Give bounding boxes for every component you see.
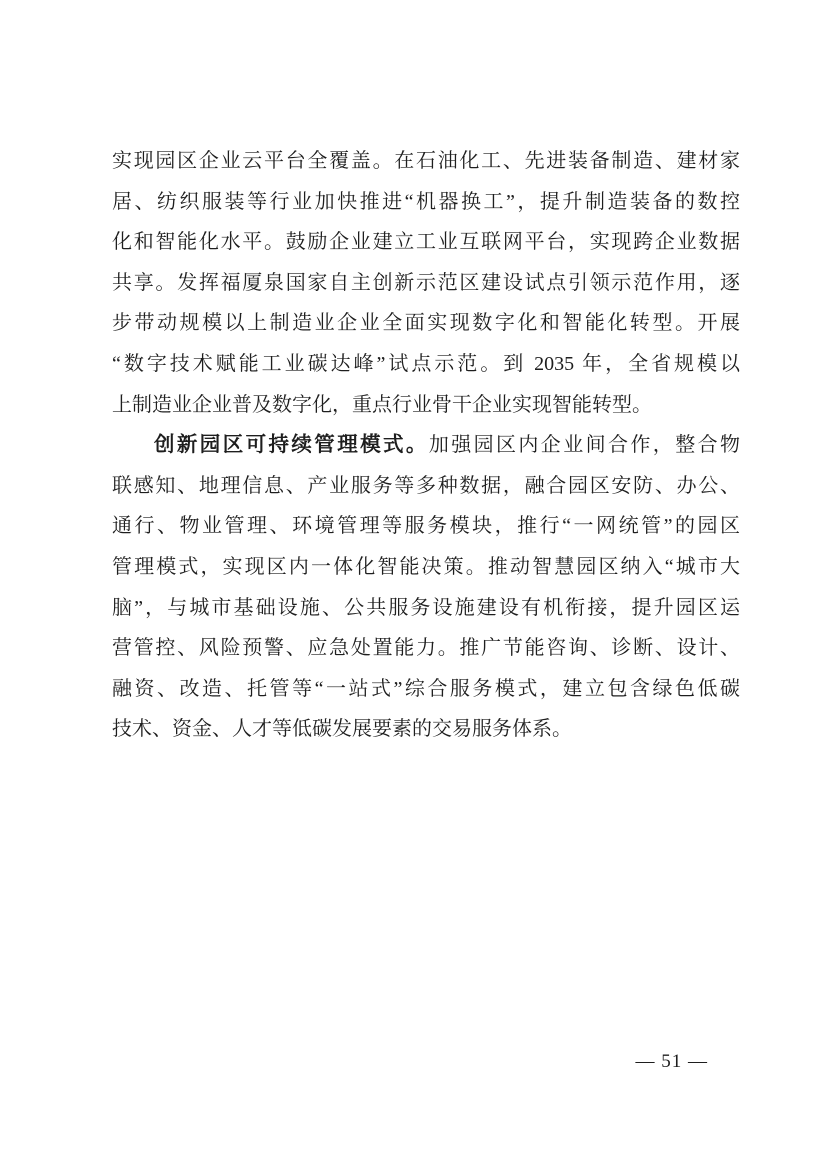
paragraph2-line: 融资、改造、托管等“一站式”综合服务模式，建立包含绿色低碳 (112, 669, 740, 710)
paragraph1-last-line: 上制造业企业普及数字化，重点行业骨干企业实现智能转型。 (112, 385, 740, 426)
body-text: 实现园区企业云平台全覆盖。在石油化工、先进装备制造、建材家 居、纺织服装等行业加… (112, 141, 740, 750)
page-number: — 51 — (636, 1050, 709, 1074)
paragraph1-line: 实现园区企业云平台全覆盖。在石油化工、先进装备制造、建材家 (112, 141, 740, 182)
paragraph1-line: 共享。发挥福厦泉国家自主创新示范区建设试点引领示范作用，逐 (112, 263, 740, 304)
paragraph2-heading: 创新园区可持续管理模式。 (154, 433, 429, 456)
paragraph1-line: 步带动规模以上制造业企业全面实现数字化和智能化转型。开展 (112, 303, 740, 344)
paragraph2-line: 管理模式，实现区内一体化智能决策。推动智慧园区纳入“城市大 (112, 547, 740, 588)
paragraph1-line: “数字技术赋能工业碳达峰”试点示范。到 2035 年，全省规模以 (112, 344, 740, 385)
paragraph2-line: 通行、物业管理、环境管理等服务模块，推行“一网统管”的园区 (112, 506, 740, 547)
paragraph2-line: 联感知、地理信息、产业服务等多种数据，融合园区安防、办公、 (112, 466, 740, 507)
document-page: 实现园区企业云平台全覆盖。在石油化工、先进装备制造、建材家 居、纺织服装等行业加… (0, 0, 826, 1169)
paragraph1-line: 居、纺织服装等行业加快推进“机器换工”，提升制造装备的数控 (112, 182, 740, 223)
paragraph2-last-line: 技术、资金、人才等低碳发展要素的交易服务体系。 (112, 709, 740, 750)
paragraph2-lead-line: 创新园区可持续管理模式。加强园区内企业间合作，整合物 (112, 425, 740, 466)
paragraph2-lead-rest: 加强园区内企业间合作，整合物 (429, 434, 740, 456)
paragraph2-line: 脑”，与城市基础设施、公共服务设施建设有机衔接，提升园区运 (112, 588, 740, 629)
paragraph1-line: 化和智能化水平。鼓励企业建立工业互联网平台，实现跨企业数据 (112, 222, 740, 263)
paragraph2-line: 营管控、风险预警、应急处置能力。推广节能咨询、诊断、设计、 (112, 628, 740, 669)
